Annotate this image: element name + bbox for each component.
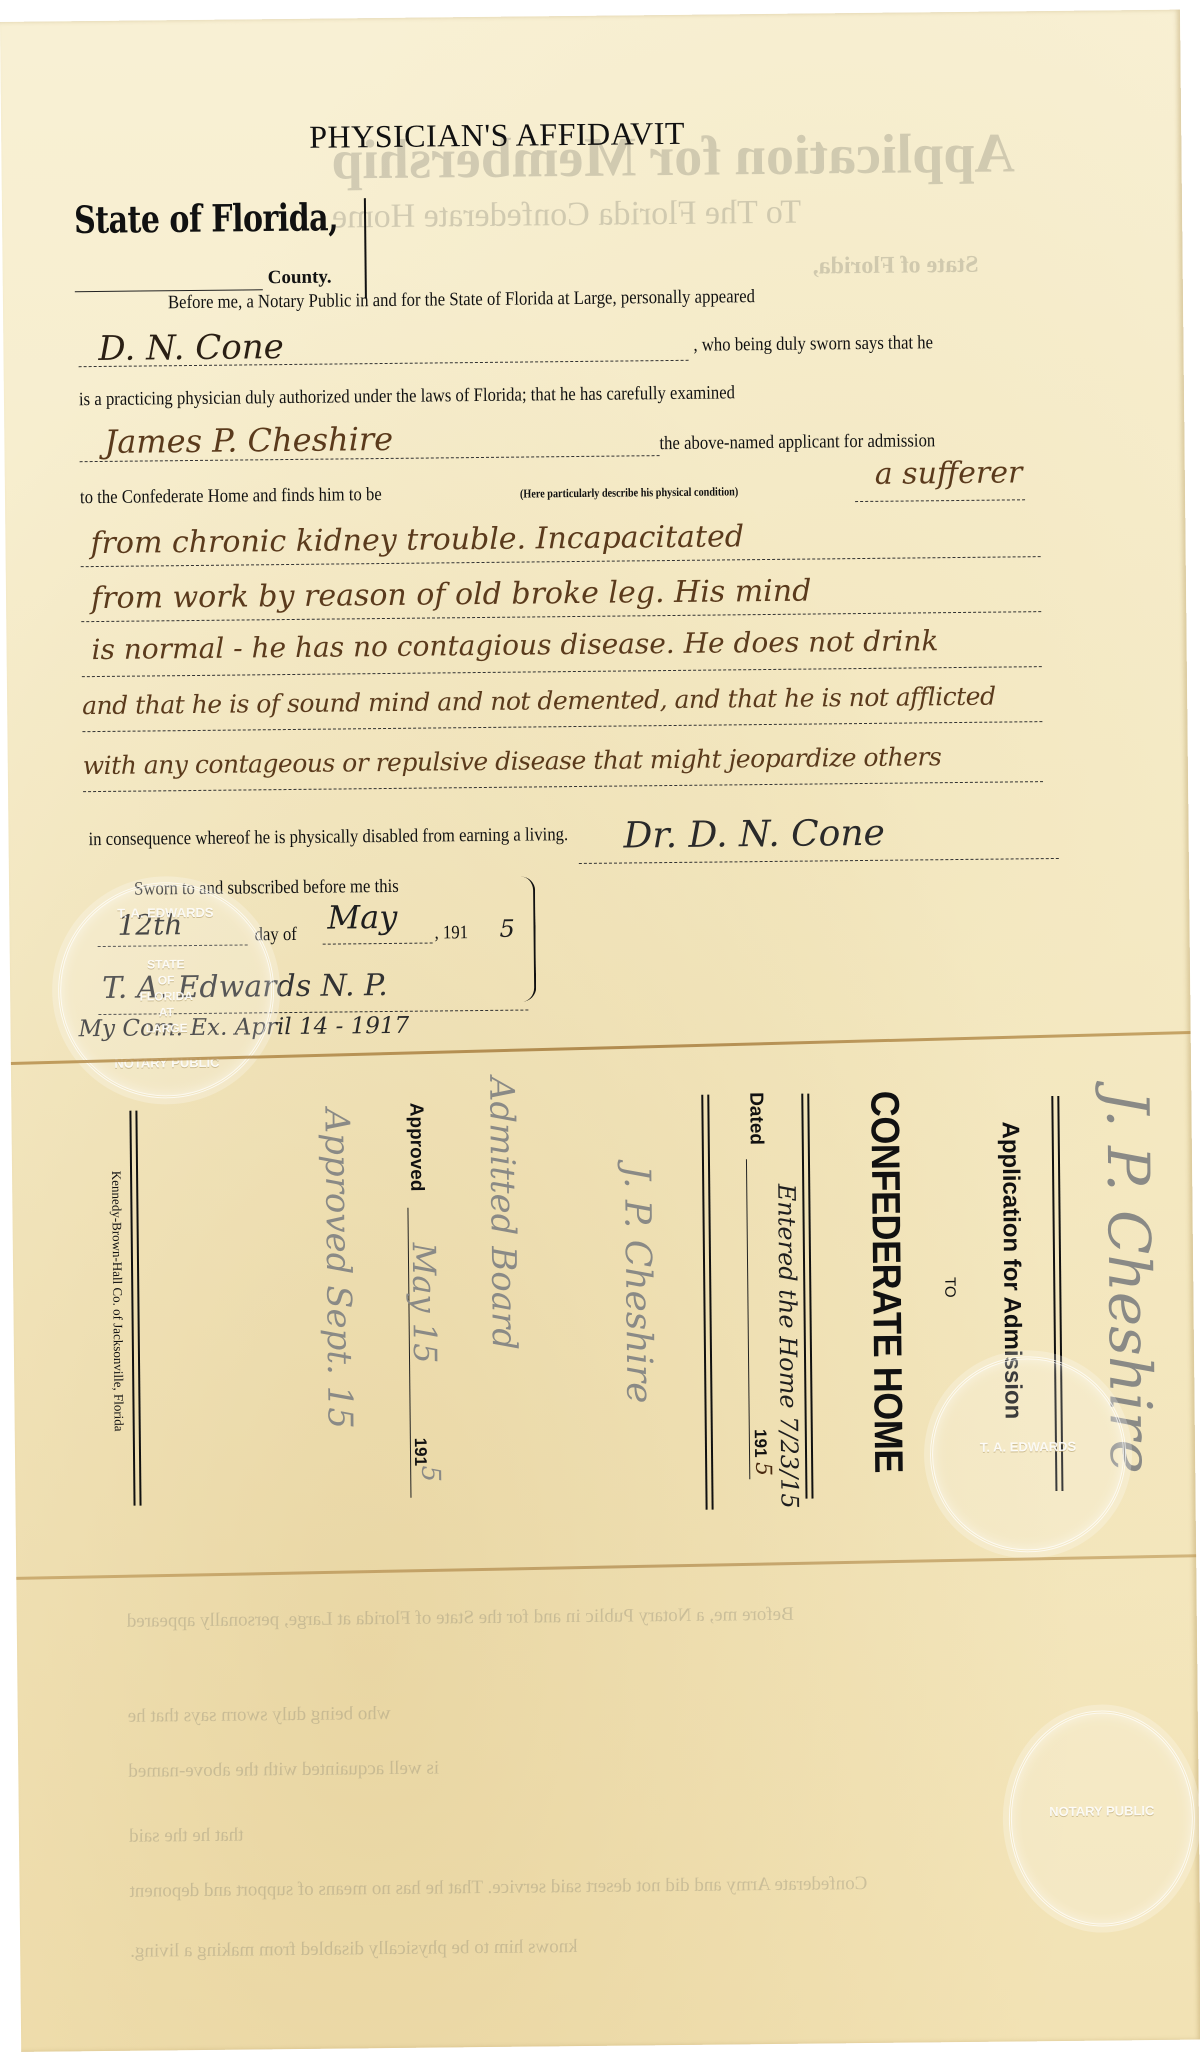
- sound-mind-line: [82, 721, 1042, 732]
- bleed-line-2: who being duly sworn says that he: [128, 1703, 391, 1728]
- pencil-note-admitted: Admitted Board: [481, 1077, 524, 1351]
- physician-name: D. N. Cone: [98, 327, 284, 369]
- imprint-rule-2: [135, 1111, 141, 1506]
- condition-line-0: [855, 499, 1025, 502]
- month-value: May: [327, 898, 397, 937]
- sound-mind-clause: and that he is of sound mind and not dem…: [82, 682, 996, 721]
- approved-year-value: 5: [415, 1465, 445, 1482]
- fold-crease-2: [16, 1554, 1196, 1580]
- seal-center-4: AT: [61, 1004, 271, 1020]
- state-label: State of Florida,: [74, 196, 338, 243]
- seal-center-5: LARGE: [61, 1020, 271, 1036]
- condition-line-3: [82, 666, 1042, 677]
- seal-ring-text: T. A. EDWARDS: [60, 904, 270, 921]
- bleed-subheading: To The Florida Confederate Home: [332, 194, 801, 237]
- approved-value: May 15: [405, 1242, 444, 1363]
- disease-line: [83, 781, 1043, 792]
- consequence-line: in consequence whereof he is physically …: [88, 824, 568, 851]
- cover-title-to: TO: [941, 1277, 958, 1298]
- affidavit-line-3: is a practicing physician duly authorize…: [79, 382, 735, 411]
- applicant-name: James P. Cheshire: [104, 420, 393, 461]
- seal-center-2: OF: [61, 972, 271, 988]
- dated-label: Dated: [744, 1092, 767, 1145]
- printer-imprint: Kennedy-Brown-Hall Co. of Jacksonville, …: [108, 1171, 127, 1432]
- dated-year-value: 5: [750, 1462, 775, 1476]
- notary-seal-middle: T. A. EDWARDS: [929, 1355, 1127, 1553]
- condition-text-2: from work by reason of old broke leg. Hi…: [91, 574, 812, 617]
- notary-seal-lower: NOTARY PUBLIC: [1008, 1710, 1196, 1928]
- affidavit-line-2: , who being duly sworn says that he: [693, 332, 933, 357]
- dated-rule-3: [701, 1095, 707, 1510]
- dated-rule-4: [707, 1095, 713, 1510]
- seal-bottom-text: NOTARY PUBLIC: [1012, 1803, 1192, 1820]
- bleed-line-1: Before me, a Notary Public in and for th…: [127, 1604, 794, 1633]
- document-sheet: Application for Membership To The Florid…: [0, 10, 1200, 2052]
- bleed-line-4: that he the said: [129, 1825, 244, 1848]
- physician-signature-line: [579, 858, 1059, 864]
- imprint-rule-1: [129, 1111, 135, 1506]
- bleed-state-label: State of Florida,: [812, 252, 978, 281]
- year-value: 5: [499, 915, 515, 943]
- physician-signature: Dr. D. N. Cone: [623, 813, 885, 857]
- notary-seal-upper: T. A. EDWARDS STATE OF FLORIDA AT LARGE …: [57, 881, 275, 1099]
- cover-title-confederate-home: CONFEDERATE HOME: [861, 1091, 910, 1474]
- seal-ring-text: T. A. EDWARDS: [933, 1438, 1123, 1455]
- affidavit-line-4: the above-named applicant for admission: [659, 430, 935, 455]
- county-label: County.: [268, 267, 332, 290]
- approved-year-printed: 191: [410, 1438, 430, 1467]
- condition-text-0: a sufferer: [875, 455, 1023, 492]
- dated-value: Entered the Home 7/23/15: [772, 1184, 803, 1509]
- bleed-line-3: is well acquainted with the above-named: [128, 1757, 439, 1782]
- page-title: PHYSICIAN'S AFFIDAVIT: [309, 115, 685, 156]
- dated-year-printed: 191: [750, 1429, 770, 1458]
- condition-instruction: (Here particularly describe his physical…: [520, 484, 738, 501]
- sworn-brace: [519, 876, 536, 1001]
- month-line: [323, 943, 433, 945]
- condition-text-1: from chronic kidney trouble. Incapacitat…: [90, 519, 744, 561]
- applicant-pencil-small: J. P. Cheshire: [616, 1165, 659, 1403]
- affidavit-line-5: to the Confederate Home and finds him to…: [80, 484, 382, 509]
- condition-text-3: is normal - he has no contagious disease…: [91, 624, 938, 666]
- year-printed: , 191: [434, 922, 468, 944]
- bleed-line-6: knows him to be physically disabled from…: [130, 1936, 578, 1963]
- seal-center-1: STATE: [61, 956, 271, 972]
- seal-center-3: FLORIDA: [61, 988, 271, 1004]
- approved-label: Approved: [404, 1103, 427, 1192]
- pencil-note-approved: Approved Sept. 15: [316, 1108, 359, 1429]
- affidavit-line-1: Before me, a Notary Public in and for th…: [168, 286, 755, 314]
- disease-clause: with any contageous or repulsive disease…: [83, 742, 942, 780]
- dated-rule-2: [807, 1094, 813, 1499]
- bleed-line-5: Confederate Army and did not desert said…: [129, 1873, 867, 1903]
